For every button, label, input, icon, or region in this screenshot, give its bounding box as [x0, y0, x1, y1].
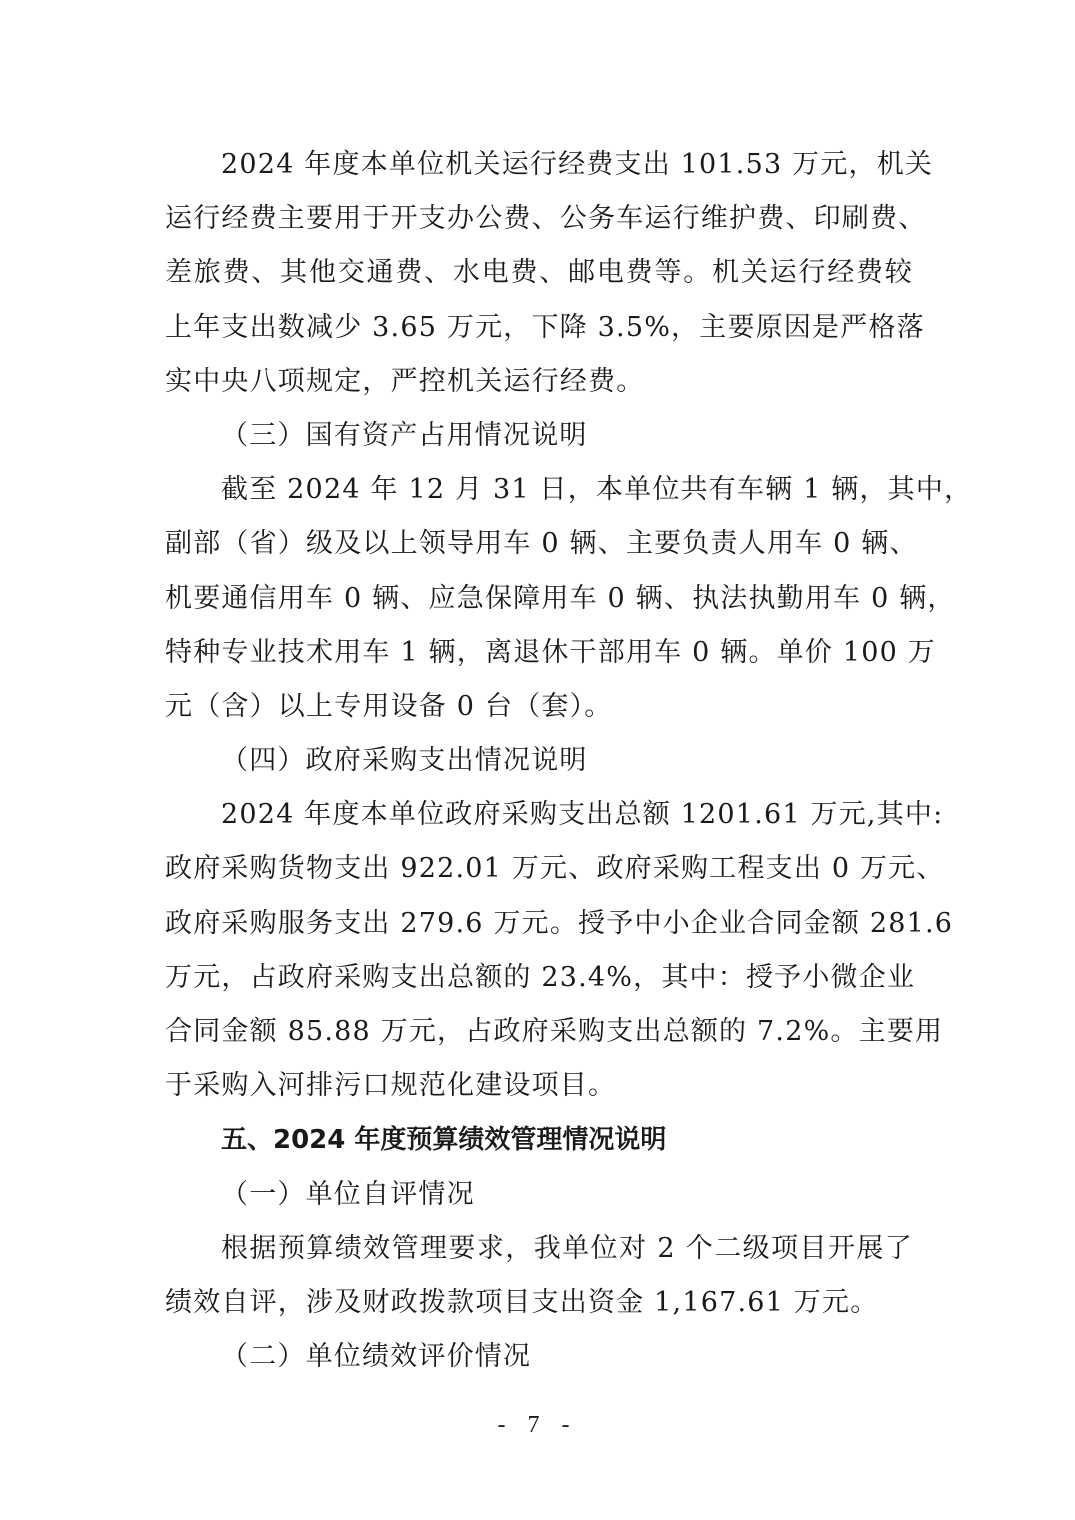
paragraph-vehicles: 截至 2024 年 12 月 31 日，本单位共有车辆 1 辆，其中， 副部（省…	[165, 463, 913, 734]
text-line: 实中央八项规定，严控机关运行经费。	[165, 355, 913, 409]
text-line: 机要通信用车 0 辆、应急保障用车 0 辆、执法执勤用车 0 辆，	[165, 572, 913, 626]
text-line: 差旅费、其他交通费、水电费、邮电费等。机关运行经费较	[165, 246, 913, 300]
text-line: 2024 年度本单位机关运行经费支出 101.53 万元，机关	[165, 138, 913, 192]
paragraph-self-evaluation: 根据预算绩效管理要求，我单位对 2 个二级项目开展了 绩效自评，涉及财政拨款项目…	[165, 1222, 913, 1330]
text-line: 特种专业技术用车 1 辆，离退休干部用车 0 辆。单价 100 万	[165, 626, 913, 680]
subheading-self-evaluation: （一）单位自评情况	[165, 1168, 913, 1222]
text-line: 上年支出数减少 3.65 万元，下降 3.5%，主要原因是严格落	[165, 301, 913, 355]
paragraph-operating-expenses: 2024 年度本单位机关运行经费支出 101.53 万元，机关 运行经费主要用于…	[165, 138, 913, 409]
text-line: 根据预算绩效管理要求，我单位对 2 个二级项目开展了	[165, 1222, 913, 1276]
text-line: 2024 年度本单位政府采购支出总额 1201.61 万元,其中:	[165, 788, 913, 842]
subheading-performance-evaluation: （二）单位绩效评价情况	[165, 1330, 913, 1384]
text-line: 运行经费主要用于开支办公费、公务车运行维护费、印刷费、	[165, 192, 913, 246]
document-page: 2024 年度本单位机关运行经费支出 101.53 万元，机关 运行经费主要用于…	[165, 138, 913, 1384]
text-line: 政府采购货物支出 922.01 万元、政府采购工程支出 0 万元、	[165, 842, 913, 896]
text-line: 元（含）以上专用设备 0 台（套）。	[165, 680, 913, 734]
text-line: 于采购入河排污口规范化建设项目。	[165, 1059, 913, 1113]
section-heading-performance-management: 五、2024 年度预算绩效管理情况说明	[165, 1113, 913, 1167]
text-line: 政府采购服务支出 279.6 万元。授予中小企业合同金额 281.6	[165, 897, 913, 951]
text-line: 截至 2024 年 12 月 31 日，本单位共有车辆 1 辆，其中，	[165, 463, 913, 517]
subheading-government-procurement: （四）政府采购支出情况说明	[165, 734, 913, 788]
paragraph-procurement: 2024 年度本单位政府采购支出总额 1201.61 万元,其中: 政府采购货物…	[165, 788, 913, 1113]
subheading-state-assets: （三）国有资产占用情况说明	[165, 409, 913, 463]
text-line: 万元，占政府采购支出总额的 23.4%，其中：授予小微企业	[165, 951, 913, 1005]
text-line: 绩效自评，涉及财政拨款项目支出资金 1,167.61 万元。	[165, 1276, 913, 1330]
page-number: - 7 -	[0, 1412, 1075, 1439]
text-line: 副部（省）级及以上领导用车 0 辆、主要负责人用车 0 辆、	[165, 517, 913, 571]
text-line: 合同金额 85.88 万元，占政府采购支出总额的 7.2%。主要用	[165, 1005, 913, 1059]
